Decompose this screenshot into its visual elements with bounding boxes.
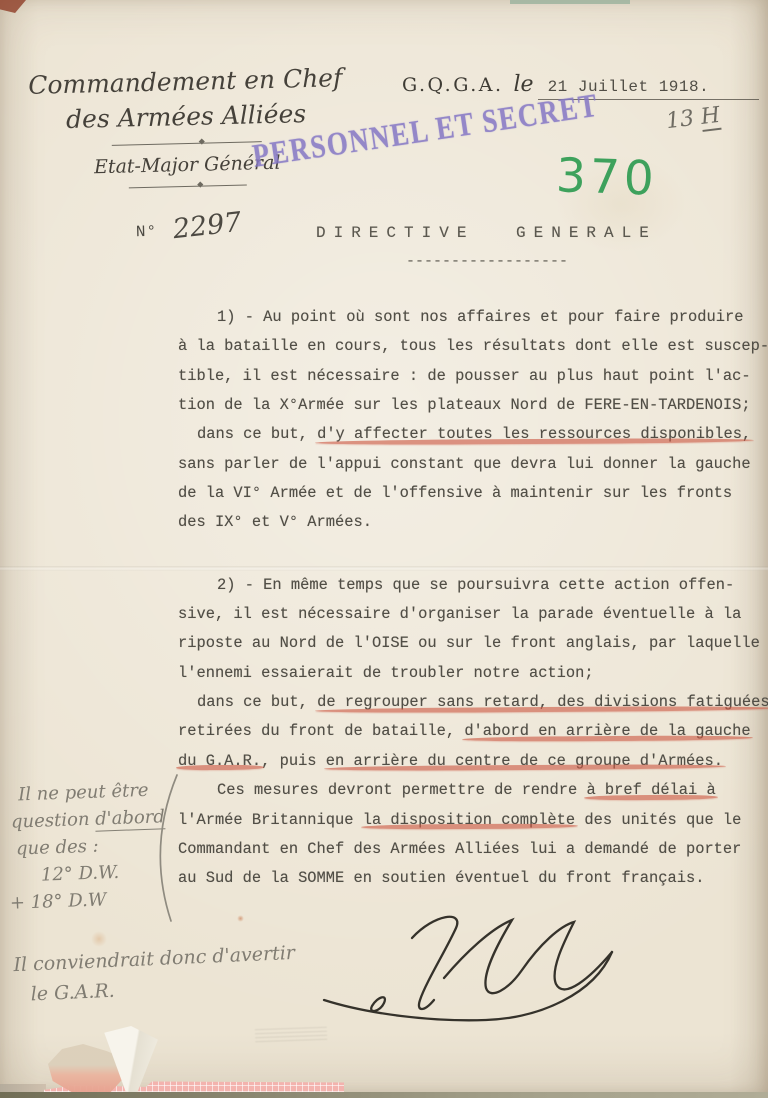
- body-segment: Ces mesures devront permettre de rendre: [217, 781, 586, 799]
- top-edge-strip: [510, 0, 630, 4]
- red-underlined-text: la disposition complète: [363, 811, 575, 829]
- body-segment: retirées du front de bataille,: [178, 722, 464, 740]
- directive-title: DIRECTIVE GENERALE: [316, 224, 657, 242]
- red-underlined-text: d'y affecter toutes les ressources dispo…: [317, 425, 751, 443]
- pencil-parenthesis-mark: [144, 772, 182, 924]
- green-crayon-number: 370: [555, 148, 659, 207]
- body-segment: , puis: [261, 752, 326, 770]
- org-abbreviation: G.Q.G.A.: [402, 74, 504, 96]
- body-line: Ces mesures devront permettre de rendre …: [178, 776, 756, 805]
- title-dashed-rule: ------------------: [406, 253, 568, 270]
- body-line: 2) - En même temps que se poursuivra cet…: [178, 571, 756, 600]
- body-segment: dans ce but,: [197, 425, 317, 443]
- margin-note-line: question d'abord: [7, 803, 166, 835]
- body-line: sans parler de l'appui constant que devr…: [178, 450, 756, 479]
- body-line: à la bataille en cours, tous les résulta…: [178, 332, 756, 361]
- body-line: retirées du front de bataille, d'abord e…: [178, 717, 756, 746]
- body-segment: dans ce but,: [197, 693, 317, 711]
- body-text: 1) - Au point où sont nos affaires et po…: [178, 303, 756, 894]
- body-line: de la VI° Armée et de l'offensive à main…: [178, 479, 756, 508]
- body-line: des IX° et V° Armées.: [178, 508, 756, 537]
- body-line: l'Armée Britannique la disposition compl…: [178, 806, 756, 835]
- red-underlined-text: d'abord en arrière de la gauche: [464, 722, 750, 740]
- document-number: N° 2297: [29, 207, 348, 246]
- date-le-script: le: [514, 72, 534, 97]
- foch-signature: [316, 908, 656, 1038]
- red-underlined-text: en arrière du centre de ce groupe d'Armé…: [326, 752, 723, 770]
- body-line: 1) - Au point où sont nos affaires et po…: [178, 303, 756, 332]
- pencil-number-note: 13 H: [665, 103, 722, 134]
- body-line: l'ennemi essaierait de troubler notre ac…: [178, 659, 756, 688]
- bottom-edge-strip: [0, 1092, 768, 1098]
- body-line: tion de la X°Armée sur les plateaux Nord…: [178, 391, 756, 420]
- paper-stain: [236, 914, 245, 923]
- body-line: riposte au Nord de l'OISE ou sur le fron…: [178, 629, 756, 658]
- body-line: dans ce but, de regrouper sans retard, d…: [178, 688, 756, 717]
- ornament-divider: [129, 179, 247, 193]
- body-segment: des unités que le: [575, 811, 741, 829]
- red-underlined-text: de regrouper sans retard, des divisions …: [317, 693, 768, 711]
- bottom-pencil-note: Il conviendrait donc d'avertir le G.A.R.: [13, 938, 297, 1010]
- document-page: Commandement en Chef des Armées Alliées …: [0, 0, 768, 1098]
- body-line: sive, il est nécessaire d'organiser la p…: [178, 600, 756, 629]
- red-underlined-text: du G.A.R.: [178, 752, 261, 770]
- body-line: au Sud de la SOMME en soutien éventuel d…: [178, 864, 756, 893]
- body-segment: l'Armée Britannique: [178, 811, 363, 829]
- ornament-divider: [112, 135, 262, 150]
- paragraph-1: 1) - Au point où sont nos affaires et po…: [178, 303, 756, 538]
- pencil-number-part-underlined: H: [699, 103, 721, 132]
- body-line: dans ce but, d'y affecter toutes les res…: [178, 420, 756, 449]
- pencil-number-part: 13: [665, 105, 703, 134]
- body-line: du G.A.R., puis en arrière du centre de …: [178, 747, 756, 776]
- pencil-smudge: [255, 1025, 327, 1043]
- body-line: tible, il est nécessaire : de pousser au…: [178, 362, 756, 391]
- margin-note-segment: question: [11, 809, 96, 833]
- document-number-value: 2297: [172, 207, 244, 245]
- corner-tear-stain: [0, 0, 26, 13]
- document-number-label: N°: [136, 223, 158, 242]
- paragraph-2: 2) - En même temps que se poursuivra cet…: [178, 571, 756, 894]
- red-underlined-text: à bref délai à: [586, 781, 715, 799]
- body-line: Commandant en Chef des Armées Alliées lu…: [178, 835, 756, 864]
